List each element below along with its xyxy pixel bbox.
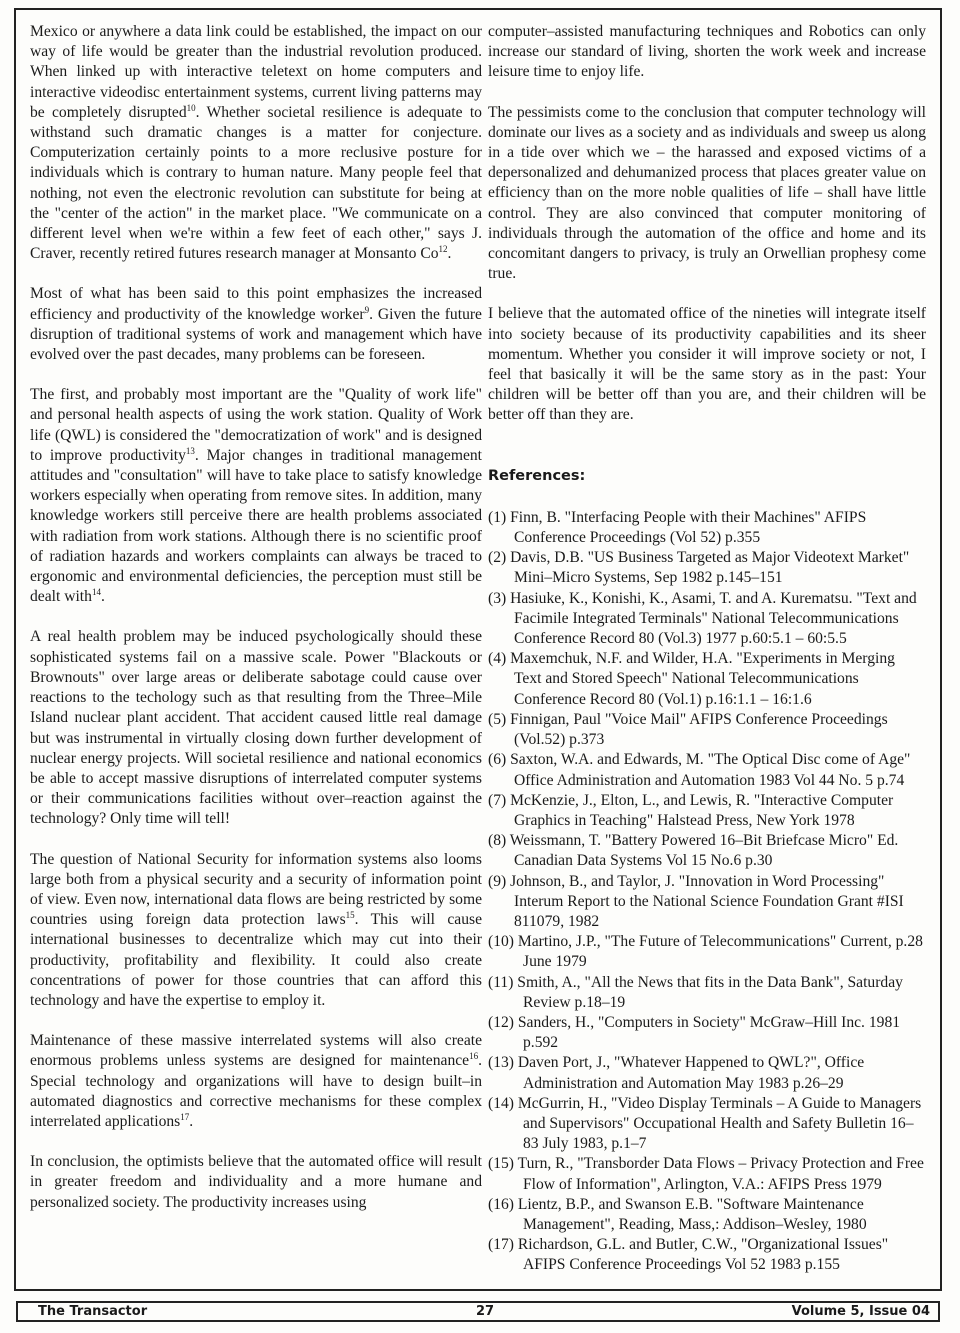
reference-item: (7) McKenzie, J., Elton, L., and Lewis, … [488, 791, 926, 831]
article-frame: Mexico or anywhere a data link could be … [14, 8, 942, 1291]
right-column: computer–assisted manufacturing techniqu… [488, 22, 926, 1276]
reference-item: (11) Smith, A., "All the News that fits … [488, 973, 926, 1013]
paragraph: The question of National Security for in… [30, 850, 482, 1012]
paragraph: A real health problem may be induced psy… [30, 627, 482, 829]
paragraph: I believe that the automated office of t… [488, 304, 926, 425]
paragraph: Most of what has been said to this point… [30, 284, 482, 365]
page-footer: The Transactor 27 Volume 5, Issue 04 [16, 1301, 940, 1322]
reference-item: (14) McGurrin, H., "Video Display Termin… [488, 1094, 926, 1155]
issue-label: Volume 5, Issue 04 [792, 1303, 930, 1321]
paragraph: The first, and probably most important a… [30, 385, 482, 607]
publication-name: The Transactor [38, 1303, 147, 1321]
reference-item: (8) Weissmann, T. "Battery Powered 16–Bi… [488, 831, 926, 871]
reference-item: (16) Lientz, B.P., and Swanson E.B. "Sof… [488, 1195, 926, 1235]
reference-item: (3) Hasiuke, K., Konishi, K., Asami, T. … [488, 589, 926, 650]
paragraph: The pessimists come to the conclusion th… [488, 103, 926, 285]
reference-item: (2) Davis, D.B. "US Business Targeted as… [488, 548, 926, 588]
reference-item: (17) Richardson, G.L. and Butler, C.W., … [488, 1235, 926, 1275]
reference-item: (10) Martino, J.P., "The Future of Telec… [488, 932, 926, 972]
page-number: 27 [476, 1303, 494, 1321]
reference-item: (5) Finnigan, Paul "Voice Mail" AFIPS Co… [488, 710, 926, 750]
reference-item: (9) Johnson, B., and Taylor, J. "Innovat… [488, 872, 926, 933]
paragraph: computer–assisted manufacturing techniqu… [488, 22, 926, 83]
reference-item: (13) Daven Port, J., "Whatever Happened … [488, 1053, 926, 1093]
reference-item: (12) Sanders, H., "Computers in Society"… [488, 1013, 926, 1053]
paragraph: Maintenance of these massive interrelate… [30, 1031, 482, 1132]
reference-item: (4) Maxemchuk, N.F. and Wilder, H.A. "Ex… [488, 649, 926, 710]
left-column: Mexico or anywhere a data link could be … [30, 22, 482, 1233]
paragraph: Mexico or anywhere a data link could be … [30, 22, 482, 264]
reference-item: (15) Turn, R., "Transborder Data Flows –… [488, 1154, 926, 1194]
references-heading: References: [488, 466, 926, 486]
references-list: (1) Finn, B. "Interfacing People with th… [488, 508, 926, 1276]
paragraph: In conclusion, the optimists believe tha… [30, 1152, 482, 1213]
reference-item: (6) Saxton, W.A. and Edwards, M. "The Op… [488, 750, 926, 790]
reference-item: (1) Finn, B. "Interfacing People with th… [488, 508, 926, 548]
